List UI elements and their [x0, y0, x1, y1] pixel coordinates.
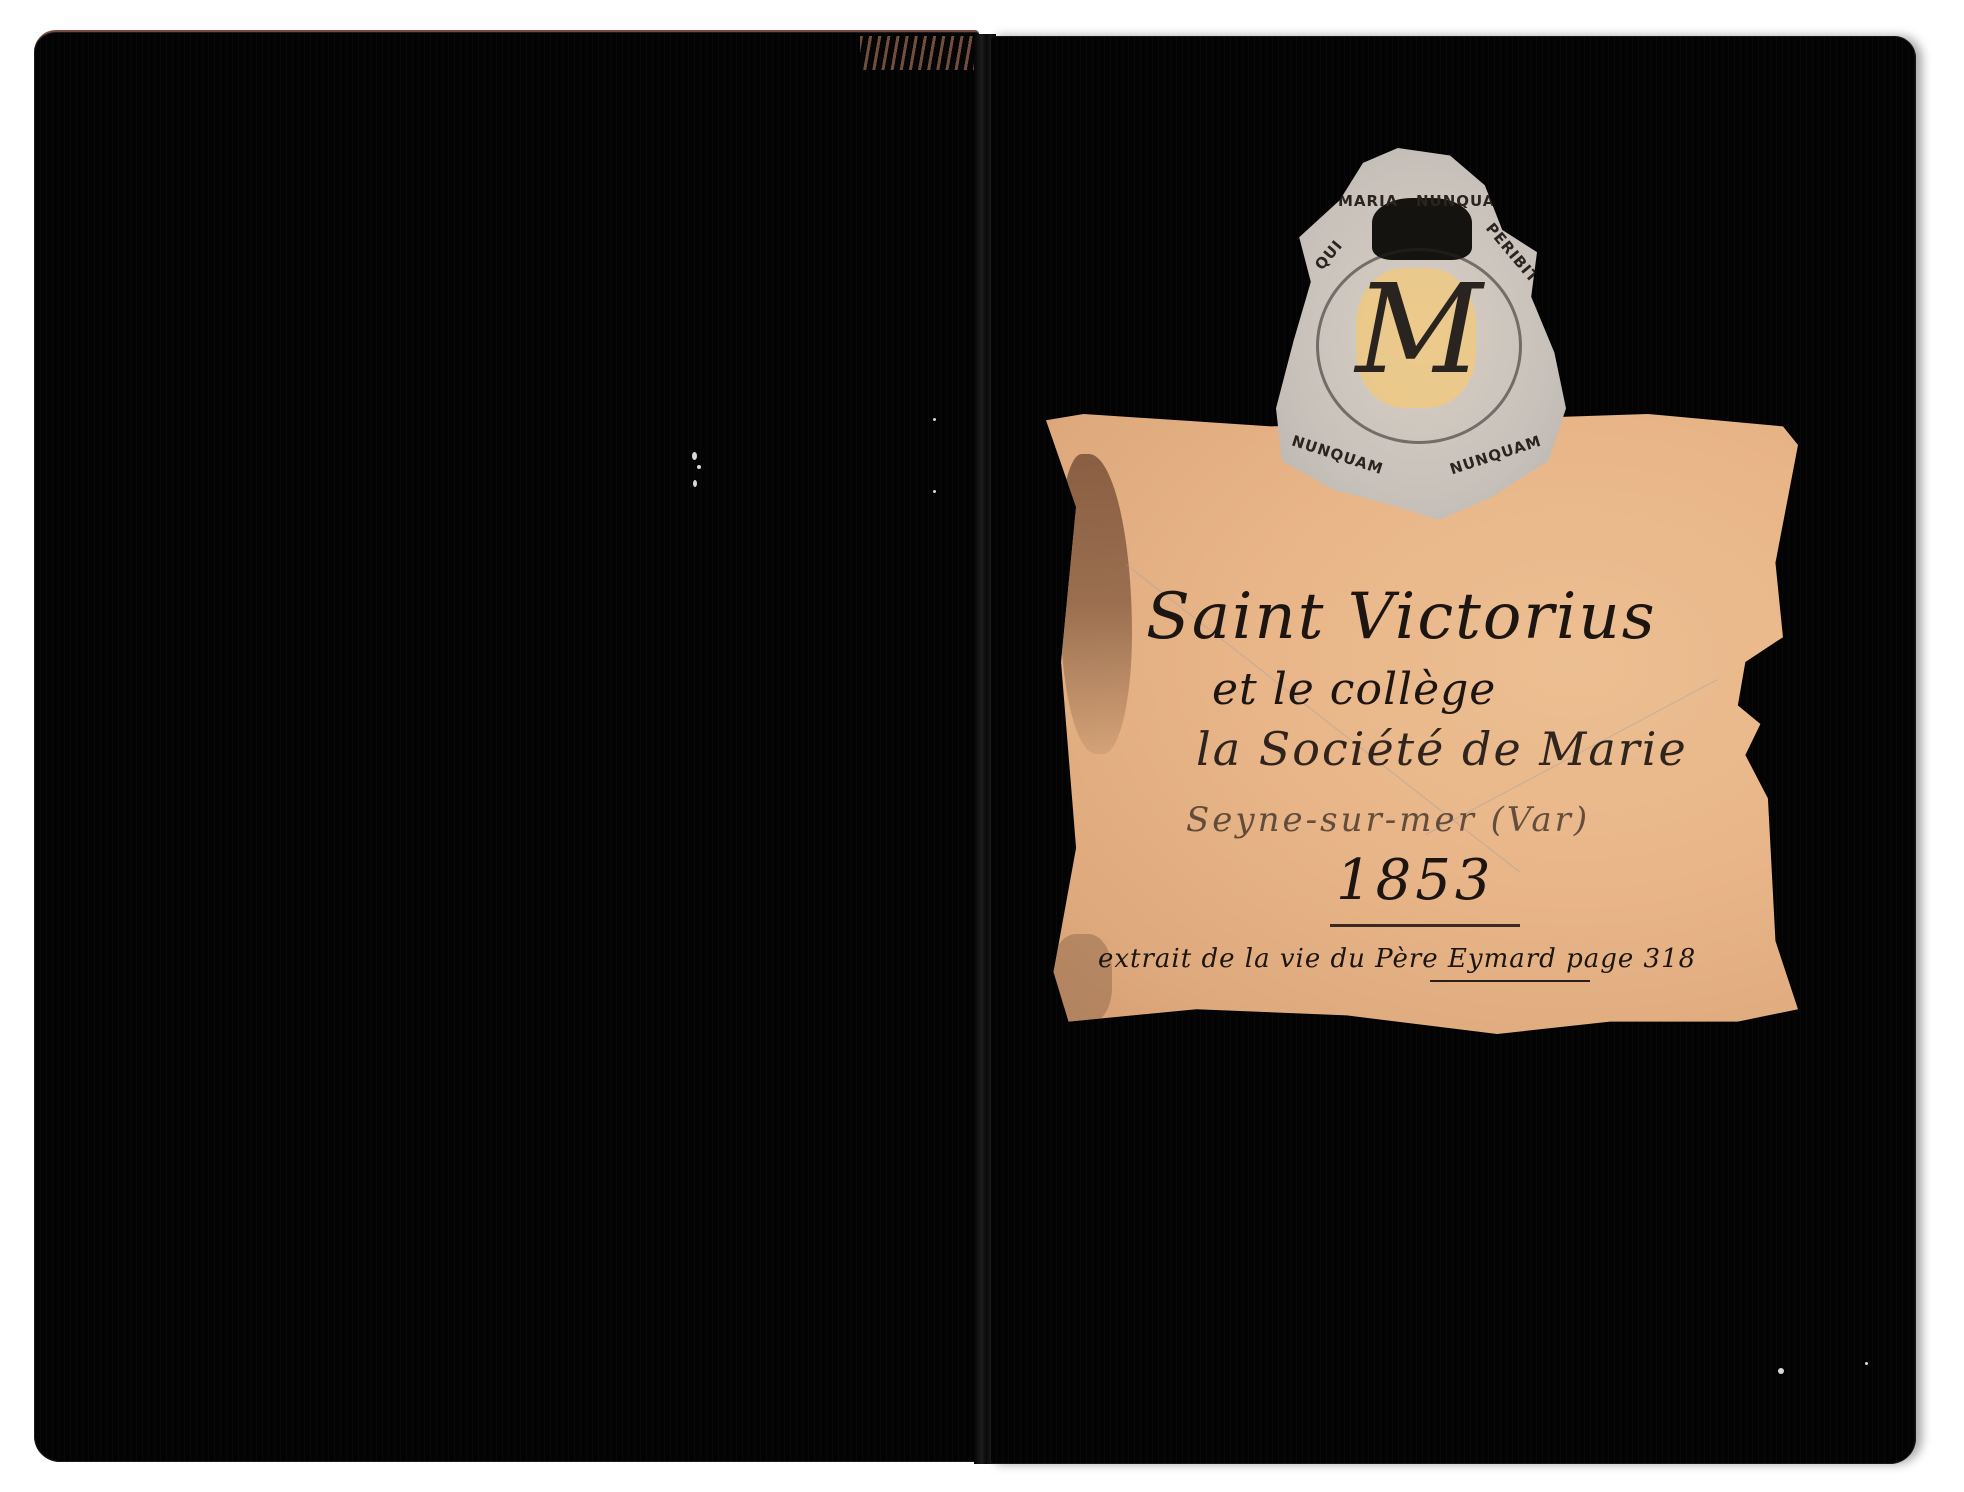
label-line-2: et le collège: [1212, 664, 1496, 715]
dust-speck: [697, 465, 701, 469]
book-back-cover: [34, 30, 979, 1462]
cover-texture: [34, 32, 979, 1462]
crest-motto: MARIA: [1338, 192, 1398, 210]
year-underline: [1330, 924, 1520, 927]
label-footer: extrait de la vie du Père Eymard page 31…: [1098, 944, 1696, 974]
dust-speck: [933, 490, 936, 493]
label-year: 1853: [1336, 848, 1495, 913]
crest-motto: NUNQUAM: [1448, 432, 1544, 479]
crest-motto: NUNQUAM: [1290, 432, 1386, 479]
spine-wear: [860, 36, 990, 70]
dust-speck: [692, 452, 697, 460]
label-location: Seyne-sur-mer (Var): [1186, 800, 1590, 840]
crest-wreath: [1316, 248, 1522, 444]
dust-speck: [1778, 1368, 1784, 1374]
footer-underline: [1430, 980, 1590, 982]
dust-speck: [693, 480, 697, 487]
crest-motto: QUI: [1311, 236, 1346, 273]
dust-speck: [1865, 1362, 1868, 1365]
dust-speck: [933, 418, 936, 421]
label-title: Saint Victorius: [1146, 580, 1657, 654]
label-line-3: la Société de Marie: [1196, 722, 1688, 776]
